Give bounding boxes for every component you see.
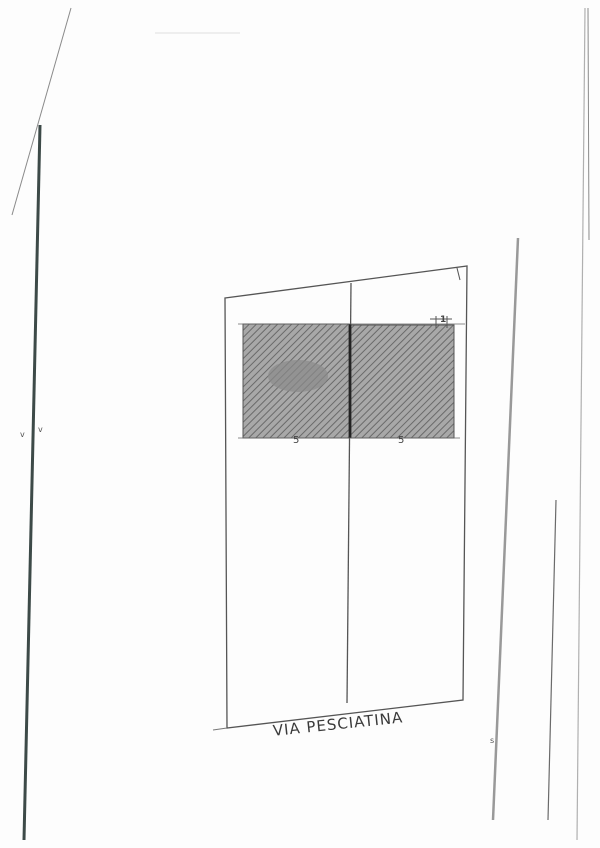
- road-edge-line: [493, 238, 518, 820]
- dark-smudge: [268, 360, 328, 392]
- margin-mark: v: [20, 430, 25, 439]
- dimension-label-right: 5: [398, 435, 404, 446]
- margin-mark: s: [490, 736, 494, 745]
- building-right: [351, 325, 454, 438]
- street-edge: [213, 728, 227, 730]
- diagonal-scan-line: [12, 8, 71, 215]
- road-edge-line-2: [548, 500, 556, 820]
- corner-dimension-label: 1: [440, 315, 446, 325]
- right-margin-line-inner: [588, 8, 589, 240]
- scanned-page: 5 5 1 v v s VIA PESCIATINA: [0, 0, 600, 848]
- margin-mark: v: [38, 425, 43, 434]
- dimension-label-left: 5: [293, 435, 299, 446]
- top-corner-tick: [457, 268, 460, 280]
- left-margin-line: [24, 125, 40, 840]
- right-margin-line-outer: [577, 8, 585, 840]
